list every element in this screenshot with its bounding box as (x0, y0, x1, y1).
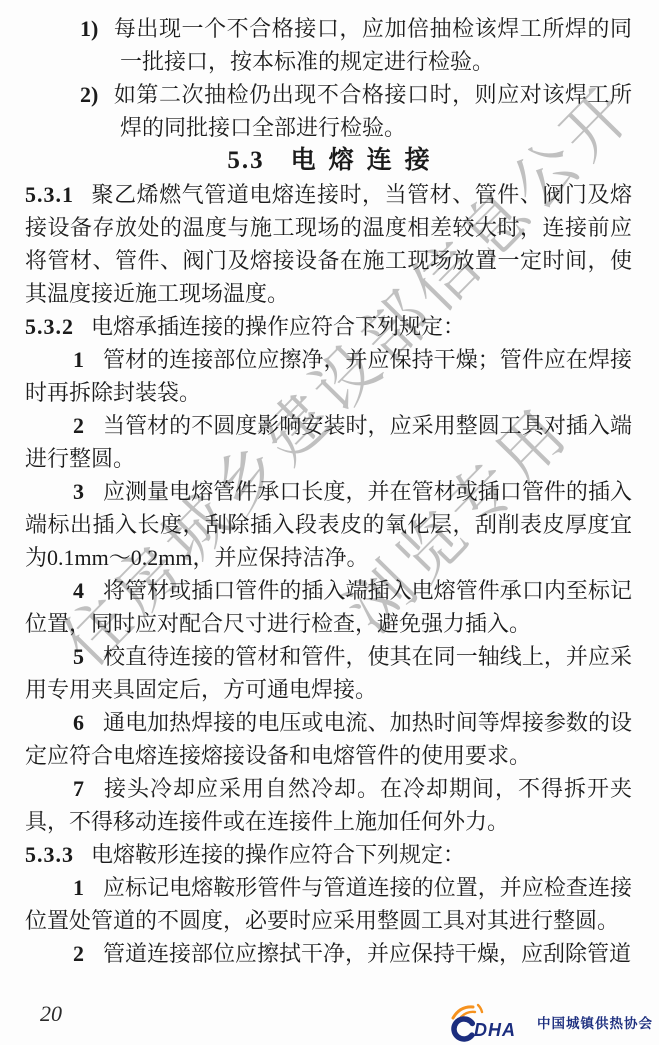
sub-item-text: 管道连接部位应擦拭干净，并应保持干燥，应刮除管道 (103, 941, 631, 966)
page-content: 1)每出现一个不合格接口，应加倍抽检该焊工所焊的同一批接口，按本标准的规定进行检… (25, 12, 632, 970)
sub-item-text: 应测量电熔管件承口长度，并在管材或插口管件的插入端标出插入长度，刮除插入段表皮的… (25, 479, 632, 570)
sub-item-text: 接头冷却应采用自然冷却。在冷却期间，不得拆开夹具，不得移动连接件或在连接件上施加… (25, 776, 632, 834)
sub-item: 2管道连接部位应擦拭干净，并应保持干燥，应刮除管道 (25, 937, 632, 970)
sub-item-number: 1 (73, 347, 84, 372)
sub-item-number: 6 (73, 710, 84, 735)
section-heading: 5.3电熔连接 (25, 144, 632, 178)
sub-item: 6通电加热焊接的电压或电流、加热时间等焊接参数的设定应符合电熔连接熔接设备和电熔… (25, 706, 632, 772)
list-item-text: 每出现一个不合格接口，应加倍抽检该焊工所焊的同一批接口，按本标准的规定进行检验。 (113, 16, 632, 74)
sub-item-number: 7 (73, 776, 84, 801)
list-item-text: 如第二次抽检仍出现不合格接口时，则应对该焊工所焊的同批接口全部进行检验。 (113, 82, 632, 140)
clause-text: 电熔承插连接的操作应符合下列规定： (91, 314, 465, 339)
sub-item-text: 应标记电熔鞍形管件与管道连接的位置，并应检查连接位置处管道的不圆度，必要时应采用… (25, 875, 632, 933)
list-item-number: 2) (80, 82, 98, 107)
sub-item-text: 当管材的不圆度影响安装时，应采用整圆工具对插入端进行整圆。 (25, 413, 632, 471)
sub-item-text: 管材的连接部位应擦净，并应保持干燥；管件应在焊接时再拆除封装袋。 (25, 347, 632, 405)
clause-5-3-2: 5.3.2电熔承插连接的操作应符合下列规定： (25, 310, 632, 343)
sub-item-text: 通电加热焊接的电压或电流、加热时间等焊接参数的设定应符合电熔连接熔接设备和电熔管… (25, 710, 632, 768)
clause-number: 5.3.1 (25, 182, 74, 207)
sub-item-text: 将管材或插口管件的插入端插入电熔管件承口内至标记位置，同时应对配合尺寸进行检查，… (25, 578, 632, 636)
sub-item: 3应测量电熔管件承口长度，并在管材或插口管件的插入端标出插入长度，刮除插入段表皮… (25, 475, 632, 574)
sub-item-number: 1 (73, 875, 84, 900)
list-item: 2)如第二次抽检仍出现不合格接口时，则应对该焊工所焊的同批接口全部进行检验。 (25, 78, 632, 144)
sub-item: 4将管材或插口管件的插入端插入电熔管件承口内至标记位置，同时应对配合尺寸进行检查… (25, 574, 632, 640)
list-item: 1)每出现一个不合格接口，应加倍抽检该焊工所焊的同一批接口，按本标准的规定进行检… (25, 12, 632, 78)
sub-item: 7接头冷却应采用自然冷却。在冷却期间，不得拆开夹具，不得移动连接件或在连接件上施… (25, 772, 632, 838)
sub-item: 1管材的连接部位应擦净，并应保持干燥；管件应在焊接时再拆除封装袋。 (25, 343, 632, 409)
sub-item-number: 2 (73, 941, 84, 966)
clause-number: 5.3.2 (25, 314, 74, 339)
section-number: 5.3 (227, 147, 264, 174)
section-title: 电熔连接 (291, 147, 443, 174)
clause-text: 电熔鞍形连接的操作应符合下列规定： (91, 842, 465, 867)
sub-item: 2当管材的不圆度影响安装时，应采用整圆工具对插入端进行整圆。 (25, 409, 632, 475)
cdha-org-name: 中国城镇供热协会 (537, 1012, 653, 1032)
clause-5-3-1: 5.3.1聚乙烯燃气管道电熔连接时，当管材、管件、阀门及熔接设备存放处的温度与施… (25, 178, 632, 310)
sub-item-number: 3 (73, 479, 84, 504)
sub-item: 5校直待连接的管材和管件，使其在同一轴线上，并应采用专用夹具固定后，方可通电焊接… (25, 640, 632, 706)
sub-item-number: 2 (73, 413, 84, 438)
list-item-number: 1) (80, 16, 98, 41)
clause-text: 聚乙烯燃气管道电熔连接时，当管材、管件、阀门及熔接设备存放处的温度与施工现场的温… (25, 182, 632, 306)
sub-item: 1应标记电熔鞍形管件与管道连接的位置，并应检查连接位置处管道的不圆度，必要时应采… (25, 871, 632, 937)
cdha-logo-icon: DHA (447, 1002, 533, 1042)
document-page: 住房城乡建设部信息公开 浏览专用 1)每出现一个不合格接口，应加倍抽检该焊工所焊… (0, 0, 659, 1045)
sub-item-number: 5 (73, 644, 84, 669)
clause-5-3-3: 5.3.3电熔鞍形连接的操作应符合下列规定： (25, 838, 632, 871)
cdha-logo: DHA 中国城镇供热协会 (447, 1002, 653, 1042)
cdha-abbr: DHA (474, 1020, 516, 1040)
clause-number: 5.3.3 (25, 842, 74, 867)
sub-item-number: 4 (73, 578, 84, 603)
sub-item-text: 校直待连接的管材和管件，使其在同一轴线上，并应采用专用夹具固定后，方可通电焊接。 (25, 644, 632, 702)
page-number: 20 (40, 1001, 62, 1027)
